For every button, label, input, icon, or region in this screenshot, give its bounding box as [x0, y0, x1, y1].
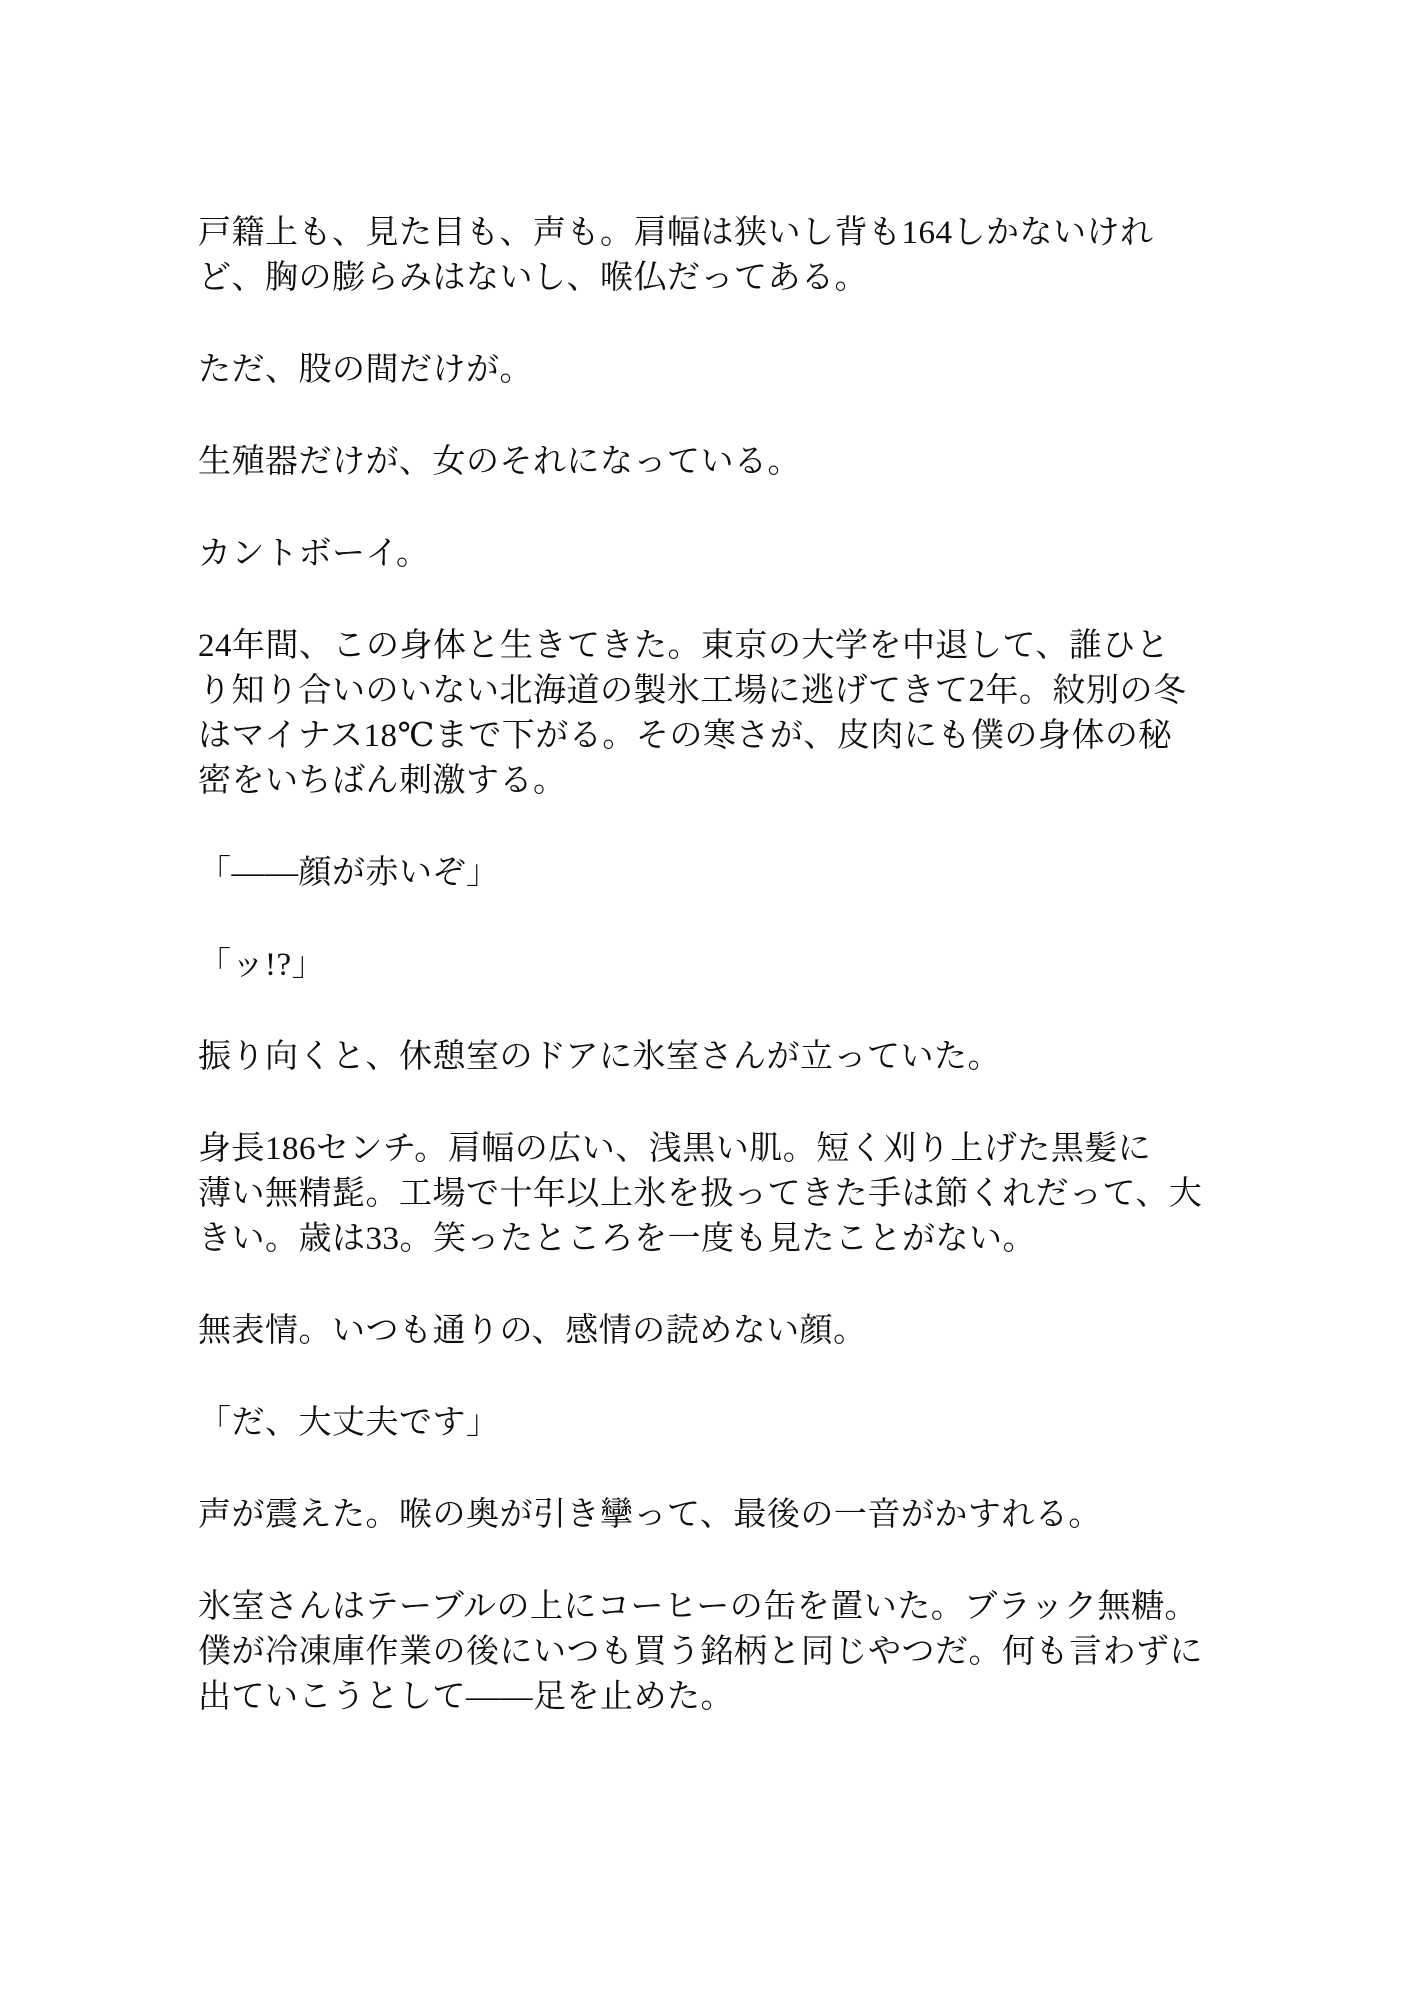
paragraph: 24年間、この身体と生きてきた。東京の大学を中退して、誰ひと り知り合いのいない… [198, 624, 1220, 804]
paragraph-dialogue: 「——顔が赤いぞ」 [198, 851, 1220, 896]
text-line: り知り合いのいない北海道の製氷工場に逃げてきて2年。紋別の冬 [198, 669, 1220, 714]
paragraph: カントボーイ。 [198, 532, 1220, 577]
paragraph: 戸籍上も、見た目も、声も。肩幅は狭いし背も164しかないけれ ど、胸の膨らみはな… [198, 211, 1220, 301]
paragraph: ただ、股の間だけが。 [198, 348, 1220, 393]
text-line: 密をいちばん刺激する。 [198, 759, 1220, 804]
text-line: 出ていこうとして——足を止めた。 [198, 1675, 1220, 1720]
text-line: きい。歳は33。笑ったところを一度も見たことがない。 [198, 1217, 1220, 1262]
paragraph: 氷室さんはテーブルの上にコーヒーの缶を置いた。ブラック無糖。 僕が冷凍庫作業の後… [198, 1585, 1220, 1720]
text-line: 無表情。いつも通りの、感情の読めない顔。 [198, 1309, 1220, 1354]
text-line: 振り向くと、休憩室のドアに氷室さんが立っていた。 [198, 1035, 1220, 1080]
text-line: 24年間、この身体と生きてきた。東京の大学を中退して、誰ひと [198, 624, 1220, 669]
text-line: 僕が冷凍庫作業の後にいつも買う銘柄と同じやつだ。何も言わずに [198, 1630, 1220, 1675]
paragraph-dialogue: 「ッ!?」 [198, 943, 1220, 988]
text-line: はマイナス18℃まで下がる。その寒さが、皮肉にも僕の身体の秘 [198, 714, 1220, 759]
paragraph: 無表情。いつも通りの、感情の読めない顔。 [198, 1309, 1220, 1354]
text-line: 声が震えた。喉の奥が引き攣って、最後の一音がかすれる。 [198, 1493, 1220, 1538]
document-page: 戸籍上も、見た目も、声も。肩幅は狭いし背も164しかないけれ ど、胸の膨らみはな… [198, 211, 1220, 1720]
paragraph: 身長186センチ。肩幅の広い、浅黒い肌。短く刈り上げた黒髪に 薄い無精髭。工場で… [198, 1127, 1220, 1262]
paragraph: 生殖器だけが、女のそれになっている。 [198, 440, 1220, 485]
text-line: 身長186センチ。肩幅の広い、浅黒い肌。短く刈り上げた黒髪に [198, 1127, 1220, 1172]
paragraph-dialogue: 「だ、大丈夫です」 [198, 1401, 1220, 1446]
text-line: 「ッ!?」 [198, 943, 1220, 988]
text-line: 氷室さんはテーブルの上にコーヒーの缶を置いた。ブラック無糖。 [198, 1585, 1220, 1630]
text-line: 「——顔が赤いぞ」 [198, 851, 1220, 896]
text-line: ただ、股の間だけが。 [198, 348, 1220, 393]
paragraph: 声が震えた。喉の奥が引き攣って、最後の一音がかすれる。 [198, 1493, 1220, 1538]
text-line: 薄い無精髭。工場で十年以上氷を扱ってきた手は節くれだって、大 [198, 1172, 1220, 1217]
paragraph: 振り向くと、休憩室のドアに氷室さんが立っていた。 [198, 1035, 1220, 1080]
text-line: 生殖器だけが、女のそれになっている。 [198, 440, 1220, 485]
text-line: ど、胸の膨らみはないし、喉仏だってある。 [198, 256, 1220, 301]
text-line: 「だ、大丈夫です」 [198, 1401, 1220, 1446]
text-line: カントボーイ。 [198, 532, 1220, 577]
text-line: 戸籍上も、見た目も、声も。肩幅は狭いし背も164しかないけれ [198, 211, 1220, 256]
document-background: { "page": { "background_color": "#ffffff… [0, 0, 1415, 2000]
